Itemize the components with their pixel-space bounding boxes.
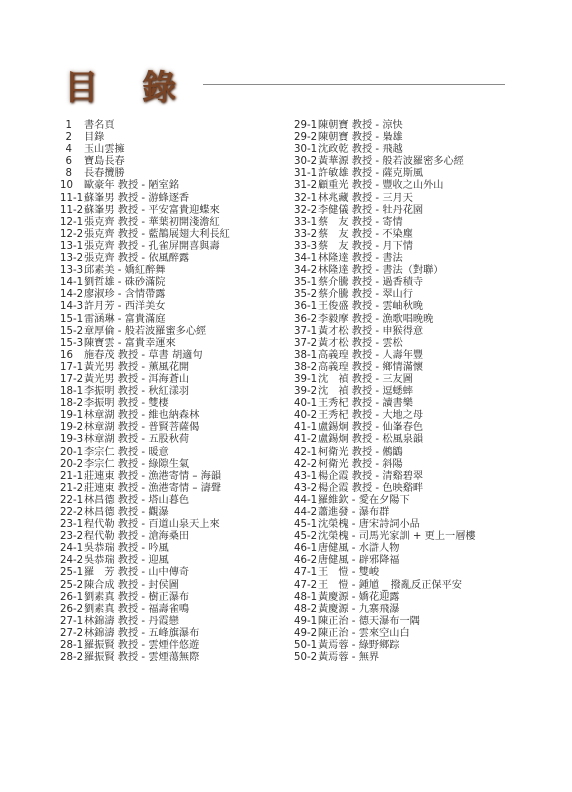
toc-entry: 28-1羅振賢 教授 - 雲煙伴悠遊 [60, 640, 230, 652]
toc-entry: 33-3蔡 友 教授 - 月下情 [294, 241, 476, 253]
toc-entry-title: 陳正治 - 德天瀑布一隅 [318, 616, 420, 628]
toc-page-number: 38-1 [294, 350, 318, 362]
toc-entry: 35-2蔡介騰 教授 - 翠山行 [294, 289, 476, 301]
toc-entry-title: 林章湖 教授 - 維也納森林 [84, 410, 199, 422]
toc-entry: 26-2劉素真 教授 - 福壽雀鳴 [60, 604, 230, 616]
toc-entry: 25-2陳合成 教授 - 封侯圖 [60, 580, 230, 592]
toc-entry-title: 蔡介騰 教授 - 翠山行 [318, 289, 413, 301]
toc-entry-title: 王秀杞 教授 - 讀書樂 [318, 398, 413, 410]
toc-entry-title: 張克齊 教授 - 華葉初開淺澹紅 [84, 217, 220, 229]
toc-entry-title: 林隆達 教授 - 書法 [318, 253, 403, 265]
toc-entry: 48-2黃慶源 - 九寨飛瀑 [294, 604, 476, 616]
toc-page-number: 40-1 [294, 398, 318, 410]
toc-entry-title: 邱素美 - 嬌紅醉舞 [84, 265, 165, 277]
toc-page-number: 42-2 [294, 459, 318, 471]
toc-entry-title: 劉素真 教授 - 樹正瀑布 [84, 592, 189, 604]
toc-entry: 8長春攬勝 [60, 168, 230, 180]
toc-page-number: 48-1 [294, 592, 318, 604]
toc-page-number: 44-1 [294, 495, 318, 507]
toc-entry-title: 林章湖 教授 - 五股秋荷 [84, 434, 189, 446]
toc-entry-title: 陳合成 教授 - 封侯圖 [84, 580, 179, 592]
toc-page-number: 19-3 [60, 434, 84, 446]
toc-entry-title: 林錦濤 教授 - 丹霞戀 [84, 616, 179, 628]
toc-entry-title: 楊企霞 教授 - 清谿碧翠 [318, 471, 423, 483]
toc-entry: 46-2唐健風 - 辟邪降福 [294, 555, 476, 567]
toc-entry-title: 沈 禎 教授 - 逗蟋蟀 [318, 386, 413, 398]
toc-entry: 19-2林章湖 教授 - 普賢菩薩偈 [60, 422, 230, 434]
toc-entry-title: 楊企霞 教授 - 色映谿畔 [318, 483, 423, 495]
toc-entry: 39-1沈 禎 教授 - 三友圖 [294, 374, 476, 386]
toc-page-number: 33-2 [294, 229, 318, 241]
toc-entry: 28-2羅振賢 教授 - 雲煙蕩無際 [60, 652, 230, 664]
toc-page-number: 45-1 [294, 519, 318, 531]
toc-entry: 45-2沈榮槐 - 司馬光家訓 + 更上一層樓 [294, 531, 476, 543]
toc-entry: 38-2高義瑝 教授 - 鄉情滿懷 [294, 362, 476, 374]
toc-entry: 33-1蔡 友 教授 - 寄情 [294, 217, 476, 229]
toc-page-number: 18-1 [60, 386, 84, 398]
toc-page-number: 23-1 [60, 519, 84, 531]
toc-entry: 50-2黃焉蓉 - 無界 [294, 652, 476, 664]
toc-entry: 32-2李健儀 教授 - 牡丹花園 [294, 205, 476, 217]
toc-page-number: 32-2 [294, 205, 318, 217]
toc-page-number: 49-2 [294, 628, 318, 640]
toc-page-number: 2 [60, 132, 72, 144]
toc-page-number: 12-1 [60, 217, 84, 229]
toc-entry-title: 羅 芳 教授 - 山中傳奇 [84, 567, 189, 579]
toc-entry-title: 李振明 教授 - 雙棲 [84, 398, 169, 410]
toc-entry: 15-3陳寶雲 - 富貴幸運來 [60, 338, 230, 350]
toc-page-number: 20-1 [60, 447, 84, 459]
toc-entry-title: 羅振賢 教授 - 雲煙伴悠遊 [84, 640, 199, 652]
toc-entry-title: 李健儀 教授 - 牡丹花園 [318, 205, 423, 217]
toc-entry-title: 羅維欽 - 愛在夕陽下 [318, 495, 410, 507]
toc-page-number: 14-1 [60, 277, 84, 289]
toc-page-number: 14-3 [60, 301, 84, 313]
toc-entry-title: 雷涵琳 - 富貴滿庭 [84, 314, 165, 326]
toc-entry-title: 李宗仁 教授 - 暖意 [84, 447, 169, 459]
toc-page-number: 16 [60, 350, 72, 362]
toc-page-number: 46-2 [294, 555, 318, 567]
toc-page-number: 28-2 [60, 652, 84, 664]
toc-page-number: 48-2 [294, 604, 318, 616]
toc-page-number: 36-2 [294, 314, 318, 326]
toc-entry-title: 吳恭瑞 教授 - 吟風 [84, 543, 169, 555]
toc-entry-title: 高義瑝 教授 - 人壽年豐 [318, 350, 423, 362]
toc-page-number: 18-2 [60, 398, 84, 410]
toc-page-number: 23-2 [60, 531, 84, 543]
toc-entry: 6寶島長春 [60, 156, 230, 168]
toc-page-number: 13-3 [60, 265, 84, 277]
toc-page-number: 15-2 [60, 326, 84, 338]
toc-entry: 39-2沈 禎 教授 - 逗蟋蟀 [294, 386, 476, 398]
toc-entry: 48-1黃慶源 - 嬌花迎露 [294, 592, 476, 604]
toc-entry-title: 吳恭瑞 教授 - 迎風 [84, 555, 169, 567]
toc-entry-title: 陳朝寶 教授 - 涼快 [318, 120, 403, 132]
toc-entry: 29-1陳朝寶 教授 - 涼快 [294, 120, 476, 132]
toc-entry: 18-1李振明 教授 - 秋紅漾羽 [60, 386, 230, 398]
toc-entry-title: 蔡介騰 教授 - 過香積寺 [318, 277, 423, 289]
toc-entry-title: 許月芳 - 西洋美女 [84, 301, 165, 313]
toc-entry: 44-2蕭進發 - 瀑布群 [294, 507, 476, 519]
toc-entry-title: 廖淑珍 - 含情帶露 [84, 289, 165, 301]
toc-page-number: 8 [60, 168, 72, 180]
toc-entry: 14-2廖淑珍 - 含情帶露 [60, 289, 230, 301]
toc-page-number: 34-1 [294, 253, 318, 265]
toc-entry-title: 柯衛光 教授 - 鵂鶹 [318, 447, 403, 459]
toc-page-number: 39-1 [294, 374, 318, 386]
toc-entry: 40-2王秀杞 教授 - 大地之母 [294, 410, 476, 422]
toc-entry: 4玉山雲擁 [60, 144, 230, 156]
toc-entry: 43-1楊企霞 教授 - 清谿碧翠 [294, 471, 476, 483]
toc-entry-title: 蕭進發 - 瀑布群 [318, 507, 389, 519]
toc-entry: 47-1王 愷 - 雙峻 [294, 567, 476, 579]
toc-entry-title: 書名頁 [84, 120, 115, 132]
toc-entry: 11-2蘇峯男 教授 - 平安富貴迎蝶來 [60, 205, 230, 217]
toc-entry: 22-2林昌德 教授 - 觀瀑 [60, 507, 230, 519]
toc-entry-title: 李宗仁 教授 - 綠隙生氣 [84, 459, 189, 471]
toc-entry: 38-1高義瑝 教授 - 人壽年豐 [294, 350, 476, 362]
toc-entry: 1書名頁 [60, 120, 230, 132]
toc-entry-title: 蘇峯男 教授 - 平安富貴迎蝶來 [84, 205, 220, 217]
title-char-1: 目 [64, 60, 98, 109]
toc-entry: 23-1程代勒 教授 - 百道山泉天上來 [60, 519, 230, 531]
toc-entry: 49-2陳正治 - 雲來空山白 [294, 628, 476, 640]
toc-page-number: 21-1 [60, 471, 84, 483]
toc-entry: 26-1劉素真 教授 - 樹正瀑布 [60, 592, 230, 604]
toc-entry: 27-2林錦濤 教授 - 五峰旗瀑布 [60, 628, 230, 640]
toc-page-number: 1 [60, 120, 72, 132]
toc-entry-title: 林兆藏 教授 - 三月天 [318, 193, 413, 205]
toc-entry: 23-2程代勒 教授 - 滄海桑田 [60, 531, 230, 543]
toc-page-number: 11-1 [60, 193, 84, 205]
toc-entry: 20-1李宗仁 教授 - 暖意 [60, 447, 230, 459]
toc-entry-title: 陳朝寶 教授 - 梟雄 [318, 132, 403, 144]
toc-page-number: 36-1 [294, 301, 318, 313]
toc-entry-title: 黃慶源 - 嬌花迎露 [318, 592, 399, 604]
toc-entry: 31-1許敏雄 教授 - 薩克斯風 [294, 168, 476, 180]
toc-page-number: 25-1 [60, 567, 84, 579]
toc-entry: 20-2李宗仁 教授 - 綠隙生氣 [60, 459, 230, 471]
toc-entry-title: 張克齊 教授 - 藍鵲展翅大利長紅 [84, 229, 230, 241]
toc-page-number: 32-1 [294, 193, 318, 205]
toc-entry-title: 蘇峯男 教授 - 游蜂逐香 [84, 193, 189, 205]
toc-entry-title: 沈政乾 教授 - 飛越 [318, 144, 403, 156]
toc-entry-title: 程代勒 教授 - 滄海桑田 [84, 531, 189, 543]
toc-entry-title: 唐健風 - 水滸人物 [318, 543, 399, 555]
toc-entry: 21-1莊連東 教授 - 漁港寄情 – 海韻 [60, 471, 230, 483]
toc-entry: 36-2李毅摩 教授 - 漁歌唱晚晚 [294, 314, 476, 326]
toc-entry: 41-2盧錫炯 教授 - 松風泉韻 [294, 434, 476, 446]
toc-entry-title: 蔡 友 教授 - 不染塵 [318, 229, 413, 241]
toc-page-number: 11-2 [60, 205, 84, 217]
toc-entry: 14-1劉哲雄 - 硃砂滿院 [60, 277, 230, 289]
toc-page-number: 28-1 [60, 640, 84, 652]
toc-entry: 10歐豪年 教授 - 陋室銘 [60, 180, 230, 192]
toc-entry: 15-2章厚倫 - 般若波羅蜜多心經 [60, 326, 230, 338]
toc-entry: 33-2蔡 友 教授 - 不染塵 [294, 229, 476, 241]
toc-entry: 49-1陳正治 - 德天瀑布一隅 [294, 616, 476, 628]
toc-entry-title: 柯衛光 教授 - 斜陽 [318, 459, 403, 471]
toc-entry: 18-2李振明 教授 - 雙棲 [60, 398, 230, 410]
toc-entry: 37-1黃才松 教授 - 申猴得意 [294, 326, 476, 338]
toc-entry-title: 劉素真 教授 - 福壽雀鳴 [84, 604, 189, 616]
toc-page-number: 24-2 [60, 555, 84, 567]
toc-entry: 29-2陳朝寶 教授 - 梟雄 [294, 132, 476, 144]
toc-page-number: 31-2 [294, 180, 318, 192]
toc-entry-title: 黃光男 教授 - 薰風花開 [84, 362, 189, 374]
toc-entry-title: 黃才松 教授 - 雲松 [318, 338, 403, 350]
toc-entry-title: 劉哲雄 - 硃砂滿院 [84, 277, 165, 289]
toc-entry-title: 王 愷 - 鍾馗 _ 撥亂反正保平安 [318, 580, 462, 592]
toc-entry: 19-1林章湖 教授 - 維也納森林 [60, 410, 230, 422]
toc-page-number: 49-1 [294, 616, 318, 628]
toc-entry-title: 林昌德 教授 - 塔山暮色 [84, 495, 189, 507]
toc-entry: 15-1雷涵琳 - 富貴滿庭 [60, 314, 230, 326]
toc-page-number: 47-1 [294, 567, 318, 579]
toc-page-number: 19-1 [60, 410, 84, 422]
toc-page-number: 13-2 [60, 253, 84, 265]
toc-entry-title: 寶島長春 [84, 156, 125, 168]
toc-page-number: 50-2 [294, 652, 318, 664]
toc-entry: 12-1張克齊 教授 - 華葉初開淺澹紅 [60, 217, 230, 229]
toc-entry-title: 施春茂 教授 - 草書 胡適句 [84, 350, 203, 362]
toc-page-number: 17-1 [60, 362, 84, 374]
toc-entry: 31-2顧重光 教授 - 豐收之山外山 [294, 180, 476, 192]
toc-page-number: 30-1 [294, 144, 318, 156]
toc-entry-title: 章厚倫 - 般若波羅蜜多心經 [84, 326, 206, 338]
toc-page-number: 13-1 [60, 241, 84, 253]
toc-page-number: 37-2 [294, 338, 318, 350]
toc-entry-title: 沈榮槐 - 唐宋詩詞小品 [318, 519, 420, 531]
toc-page-number: 42-1 [294, 447, 318, 459]
toc-page-number: 34-2 [294, 265, 318, 277]
toc-entry: 24-1吳恭瑞 教授 - 吟風 [60, 543, 230, 555]
toc-page-number: 6 [60, 156, 72, 168]
toc-entry: 50-1黃焉蓉 - 綠野鄉踪 [294, 640, 476, 652]
toc-entry: 2目錄 [60, 132, 230, 144]
toc-entry-title: 陳正治 - 雲來空山白 [318, 628, 410, 640]
toc-entry-title: 程代勒 教授 - 百道山泉天上來 [84, 519, 220, 531]
toc-left-column: 1書名頁2目錄4玉山雲擁6寶島長春8長春攬勝10歐豪年 教授 - 陋室銘11-1… [60, 120, 230, 664]
toc-entry: 34-2林隆達 教授 - 書法（對聯） [294, 265, 476, 277]
toc-entry: 11-1蘇峯男 教授 - 游蜂逐香 [60, 193, 230, 205]
toc-page-number: 21-2 [60, 483, 84, 495]
toc-page-number: 35-2 [294, 289, 318, 301]
title-divider [203, 84, 505, 85]
toc-entry-title: 盧錫炯 教授 - 松風泉韻 [318, 434, 423, 446]
toc-entry-title: 黃焉蓉 - 綠野鄉踪 [318, 640, 399, 652]
toc-entry: 24-2吳恭瑞 教授 - 迎風 [60, 555, 230, 567]
toc-entry-title: 沈 禎 教授 - 三友圖 [318, 374, 413, 386]
toc-entry-title: 張克齊 教授 - 孔雀屏開喜與壽 [84, 241, 220, 253]
toc-entry-title: 王 愷 - 雙峻 [318, 567, 379, 579]
toc-entry: 13-2張克齊 教授 - 依風醉露 [60, 253, 230, 265]
toc-entry-title: 黃焉蓉 - 無界 [318, 652, 379, 664]
toc-page-number: 41-2 [294, 434, 318, 446]
toc-page-number: 15-1 [60, 314, 84, 326]
toc-page-number: 12-2 [60, 229, 84, 241]
toc-entry: 43-2楊企霞 教授 - 色映谿畔 [294, 483, 476, 495]
toc-page-number: 26-1 [60, 592, 84, 604]
toc-page-number: 43-1 [294, 471, 318, 483]
toc-entry-title: 張克齊 教授 - 依風醉露 [84, 253, 189, 265]
toc-page-number: 26-2 [60, 604, 84, 616]
toc-entry-title: 林章湖 教授 - 普賢菩薩偈 [84, 422, 199, 434]
toc-entry-title: 蔡 友 教授 - 寄情 [318, 217, 403, 229]
toc-entry: 13-1張克齊 教授 - 孔雀屏開喜與壽 [60, 241, 230, 253]
toc-entry-title: 李毅摩 教授 - 漁歌唱晚晚 [318, 314, 433, 326]
toc-entry: 35-1蔡介騰 教授 - 過香積寺 [294, 277, 476, 289]
toc-entry-title: 目錄 [84, 132, 104, 144]
toc-entry-title: 林隆達 教授 - 書法（對聯） [318, 265, 443, 277]
toc-entry-title: 黃慶源 - 九寨飛瀑 [318, 604, 399, 616]
toc-entry: 44-1羅維欽 - 愛在夕陽下 [294, 495, 476, 507]
toc-page-number: 10 [60, 180, 72, 192]
toc-page-number: 41-1 [294, 422, 318, 434]
toc-entry: 42-2柯衛光 教授 - 斜陽 [294, 459, 476, 471]
toc-entry-title: 王俊盛 教授 - 雲岫秋晚 [318, 301, 423, 313]
toc-page-number: 46-1 [294, 543, 318, 555]
toc-entry: 41-1盧錫炯 教授 - 仙峯春色 [294, 422, 476, 434]
toc-entry: 32-1林兆藏 教授 - 三月天 [294, 193, 476, 205]
toc-entry-title: 盧錫炯 教授 - 仙峯春色 [318, 422, 423, 434]
toc-page-number: 27-2 [60, 628, 84, 640]
toc-page-number: 40-2 [294, 410, 318, 422]
toc-entry-title: 歐豪年 教授 - 陋室銘 [84, 180, 179, 192]
toc-entry: 27-1林錦濤 教授 - 丹霞戀 [60, 616, 230, 628]
toc-entry: 17-1黃光男 教授 - 薰風花開 [60, 362, 230, 374]
toc-entry-title: 李振明 教授 - 秋紅漾羽 [84, 386, 189, 398]
toc-entry-title: 陳寶雲 - 富貴幸運來 [84, 338, 176, 350]
page-title: 目 錄 [64, 62, 176, 106]
toc-entry-title: 長春攬勝 [84, 168, 125, 180]
toc-page-number: 14-2 [60, 289, 84, 301]
toc-entry-title: 玉山雲擁 [84, 144, 125, 156]
toc-entry-title: 黃光男 教授 - 洱海蒼山 [84, 374, 189, 386]
toc-entry-title: 黃華源 教授 - 般若波羅密多心經 [318, 156, 464, 168]
toc-page-number: 39-2 [294, 386, 318, 398]
toc-entry: 47-2王 愷 - 鍾馗 _ 撥亂反正保平安 [294, 580, 476, 592]
toc-page-number: 38-2 [294, 362, 318, 374]
toc-entry: 36-1王俊盛 教授 - 雲岫秋晚 [294, 301, 476, 313]
toc-page-number: 29-2 [294, 132, 318, 144]
toc-entry: 34-1林隆達 教授 - 書法 [294, 253, 476, 265]
toc-entry-title: 黃才松 教授 - 申猴得意 [318, 326, 423, 338]
toc-page-number: 43-2 [294, 483, 318, 495]
toc-entry: 13-3邱素美 - 嬌紅醉舞 [60, 265, 230, 277]
toc-entry-title: 莊連東 教授 - 漁港寄情 – 濤聲 [84, 483, 221, 495]
toc-entry: 30-2黃華源 教授 - 般若波羅密多心經 [294, 156, 476, 168]
toc-page-number: 22-1 [60, 495, 84, 507]
toc-page-number: 24-1 [60, 543, 84, 555]
toc-entry-title: 高義瑝 教授 - 鄉情滿懷 [318, 362, 423, 374]
toc-page-number: 15-3 [60, 338, 84, 350]
toc-page-number: 33-1 [294, 217, 318, 229]
toc-entry: 12-2張克齊 教授 - 藍鵲展翅大利長紅 [60, 229, 230, 241]
toc-page-number: 47-2 [294, 580, 318, 592]
toc-page-number: 22-2 [60, 507, 84, 519]
toc-page-number: 33-3 [294, 241, 318, 253]
title-char-2: 錄 [142, 60, 176, 109]
toc-page-number: 37-1 [294, 326, 318, 338]
toc-page-number: 45-2 [294, 531, 318, 543]
toc-entry: 14-3許月芳 - 西洋美女 [60, 301, 230, 313]
toc-entry-title: 蔡 友 教授 - 月下情 [318, 241, 413, 253]
toc-page-number: 17-2 [60, 374, 84, 386]
toc-entry-title: 莊連東 教授 - 漁港寄情 – 海韻 [84, 471, 221, 483]
toc-entry: 22-1林昌德 教授 - 塔山暮色 [60, 495, 230, 507]
toc-page-number: 50-1 [294, 640, 318, 652]
toc-page-number: 44-2 [294, 507, 318, 519]
toc-entry-title: 許敏雄 教授 - 薩克斯風 [318, 168, 423, 180]
toc-entry: 42-1柯衛光 教授 - 鵂鶹 [294, 447, 476, 459]
toc-page-number: 19-2 [60, 422, 84, 434]
toc-entry: 30-1沈政乾 教授 - 飛越 [294, 144, 476, 156]
toc-page-number: 25-2 [60, 580, 84, 592]
toc-entry-title: 唐健風 - 辟邪降福 [318, 555, 399, 567]
toc-entry: 37-2黃才松 教授 - 雲松 [294, 338, 476, 350]
toc-entry: 46-1唐健風 - 水滸人物 [294, 543, 476, 555]
toc-right-column: 29-1陳朝寶 教授 - 涼快29-2陳朝寶 教授 - 梟雄30-1沈政乾 教授… [294, 120, 476, 664]
toc-page-number: 4 [60, 144, 72, 156]
toc-page-number: 20-2 [60, 459, 84, 471]
toc-page-number: 30-2 [294, 156, 318, 168]
toc-entry-title: 顧重光 教授 - 豐收之山外山 [318, 180, 443, 192]
toc-entry-title: 林昌德 教授 - 觀瀑 [84, 507, 169, 519]
toc-entry: 45-1沈榮槐 - 唐宋詩詞小品 [294, 519, 476, 531]
toc-entry-title: 林錦濤 教授 - 五峰旗瀑布 [84, 628, 199, 640]
toc-page-number: 35-1 [294, 277, 318, 289]
toc-entry: 40-1王秀杞 教授 - 讀書樂 [294, 398, 476, 410]
toc-entry: 19-3林章湖 教授 - 五股秋荷 [60, 434, 230, 446]
toc-page-number: 27-1 [60, 616, 84, 628]
toc-entry: 16施春茂 教授 - 草書 胡適句 [60, 350, 230, 362]
toc-page-number: 29-1 [294, 120, 318, 132]
toc-entry-title: 王秀杞 教授 - 大地之母 [318, 410, 423, 422]
toc-entry-title: 沈榮槐 - 司馬光家訓 + 更上一層樓 [318, 531, 476, 543]
toc-entry: 21-2莊連東 教授 - 漁港寄情 – 濤聲 [60, 483, 230, 495]
toc-entry: 17-2黃光男 教授 - 洱海蒼山 [60, 374, 230, 386]
toc-page-number: 31-1 [294, 168, 318, 180]
toc-entry: 25-1羅 芳 教授 - 山中傳奇 [60, 567, 230, 579]
toc-entry-title: 羅振賢 教授 - 雲煙蕩無際 [84, 652, 199, 664]
